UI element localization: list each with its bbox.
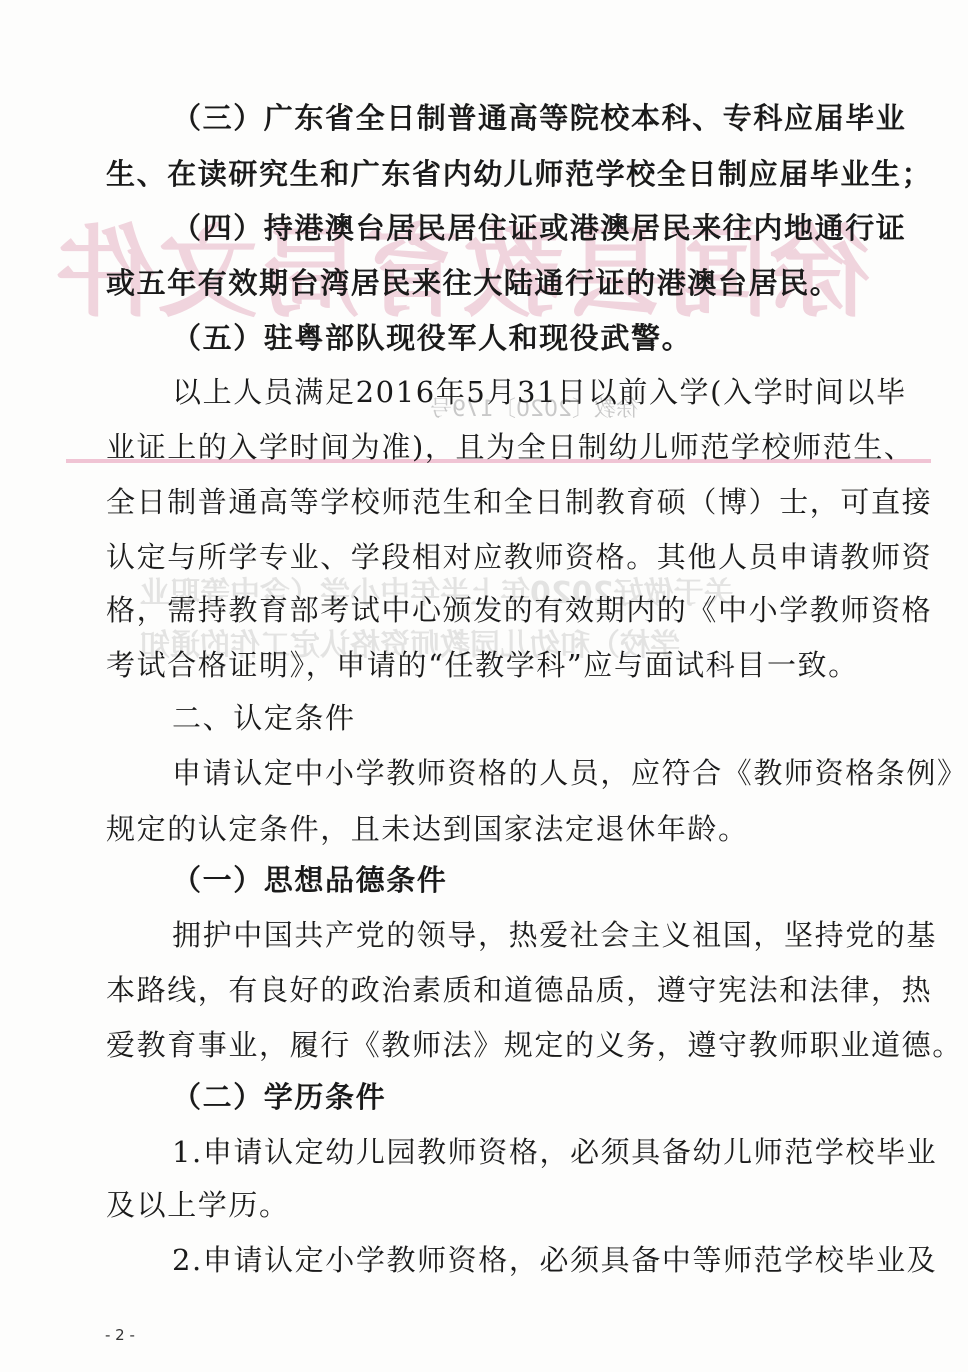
body-line-7: 业证上的入学时间为准)，且为全日制幼儿师范学校师范生、 <box>106 429 915 465</box>
body-line-2: 生、在读研究生和广东省内幼儿师范学校全日制应届毕业生； <box>106 156 932 192</box>
body-line-4: 或五年有效期台湾居民来往大陆通行证的港澳台居民。 <box>106 265 840 301</box>
body-line-6: 以上人员满足2016年5月31日以前入学(入学时间以毕 <box>172 374 907 410</box>
body-line-5: （五）驻粤部队现役军人和现役武警。 <box>172 320 692 356</box>
body-line-20: 1.申请认定幼儿园教师资格，必须具备幼儿师范学校毕业 <box>172 1134 937 1170</box>
body-line-3: （四）持港澳台居民居住证或港澳居民来往内地通行证 <box>172 210 906 246</box>
body-line-10: 格，需持教育部考试中心颁发的有效期内的《中小学教师资格 <box>106 592 932 628</box>
body-line-8: 全日制普通高等学校师范生和全日制教育硕（博）士，可直接 <box>106 484 932 520</box>
subsection-heading-1: （一）思想品德条件 <box>172 862 447 898</box>
body-line-9: 认定与所学专业、学段相对应教师资格。其他人员申请教师资 <box>106 539 932 575</box>
body-line-18: 爱教育事业，履行《教师法》规定的义务，遵守教师职业道德。 <box>106 1027 963 1063</box>
body-line-11: 考试合格证明》，申请的“任教学科”应与面试科目一致。 <box>106 647 859 683</box>
body-line-22: 2.申请认定小学教师资格，必须具备中等师范学校毕业及 <box>172 1242 937 1278</box>
body-line-13: 申请认定中小学教师资格的人员，应符合《教师资格条例》 <box>172 755 968 791</box>
body-line-14: 规定的认定条件，且未达到国家法定退休年龄。 <box>106 811 749 847</box>
body-line-21: 及以上学历。 <box>106 1187 290 1223</box>
page-number: - 2 - <box>105 1326 135 1344</box>
body-line-1: （三）广东省全日制普通高等院校本科、专科应届毕业 <box>172 100 906 136</box>
body-line-17: 本路线，有良好的政治素质和道德品质，遵守宪法和法律，热 <box>106 972 932 1008</box>
subsection-heading-2: （二）学历条件 <box>172 1079 386 1115</box>
body-line-16: 拥护中国共产党的领导，热爱社会主义祖国，坚持党的基 <box>172 917 937 953</box>
section-heading-2: 二、认定条件 <box>172 700 356 736</box>
